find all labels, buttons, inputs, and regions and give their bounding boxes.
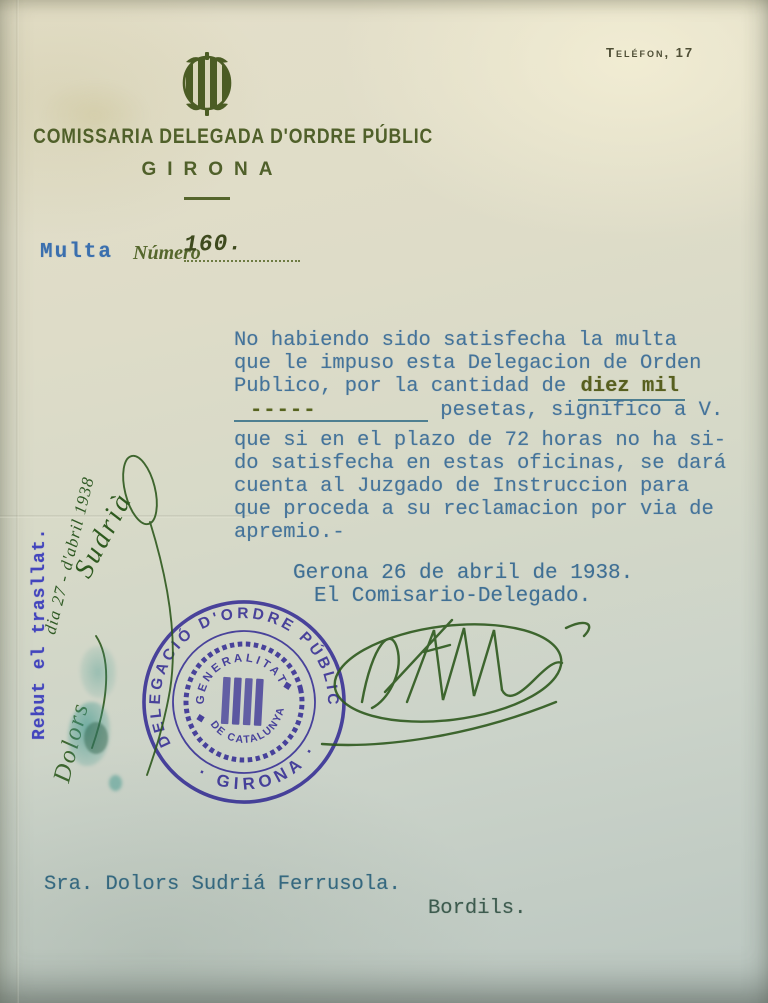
telephone-number: Teléfon, 17 bbox=[606, 45, 694, 60]
body-line-prefix: Publico, por la cantidad de bbox=[234, 375, 578, 398]
dashes-fill: ----- bbox=[250, 399, 317, 422]
body-line: que proceda a su reclamacion por via de bbox=[234, 498, 754, 521]
ink-blot bbox=[84, 722, 108, 754]
recipient-town: Bordils. bbox=[428, 897, 526, 920]
body-line: apremio.- bbox=[234, 521, 754, 544]
fine-amount-value: diez mil bbox=[578, 375, 684, 401]
date-line: Gerona 26 de abril de 1938. bbox=[293, 562, 633, 585]
official-stamp: DELEGACIÓ D'ORDRE PÚBLIC · GIRONA · GENE… bbox=[114, 572, 373, 831]
fine-label: Multa bbox=[40, 241, 113, 264]
body-line: que si en el plazo de 72 horas no ha si- bbox=[234, 429, 754, 452]
stamp-diamond-left bbox=[196, 714, 204, 722]
signer-title: El Comisario-Delegado. bbox=[314, 585, 591, 608]
organization-title: COMISSARIA DELEGADA D'ORDRE PÚBLIC bbox=[33, 125, 381, 149]
ink-blot bbox=[109, 775, 122, 791]
paper-crease-vertical bbox=[16, 0, 19, 1003]
body-line: Publico, por la cantidad de diez mil bbox=[234, 375, 754, 398]
body-line-rest: pesetas, significo a V. bbox=[428, 399, 723, 422]
fine-number-field: 160. bbox=[184, 231, 300, 262]
body-line: cuenta al Juzgado de Instruccion para bbox=[234, 475, 754, 498]
scanned-letter-page: Teléfon, 17 COMISSARIA DELEGADA D'ORDRE … bbox=[0, 0, 768, 1003]
delegate-signature bbox=[322, 612, 589, 744]
recipient-name: Sra. Dolors Sudriá Ferrusola. bbox=[44, 873, 401, 896]
fine-number-value: 160. bbox=[184, 230, 244, 258]
body-line: do satisfecha en estas oficinas, se dará bbox=[234, 452, 754, 475]
received-note-stamp: Rebut el trasllat. bbox=[30, 528, 50, 740]
body-line: que le impuso esta Delegacion de Orden bbox=[234, 352, 754, 375]
letter-body: No habiendo sido satisfecha la multa que… bbox=[234, 329, 754, 545]
body-line: ----- pesetas, significo a V. bbox=[234, 399, 754, 429]
senyera-emblem-icon bbox=[172, 50, 242, 118]
city-title: GIRONA bbox=[0, 159, 414, 181]
header-rule bbox=[184, 197, 230, 200]
svg-text:DELEGACIÓ D'ORDRE PÚBLIC: DELEGACIÓ D'ORDRE PÚBLIC bbox=[127, 586, 344, 751]
ink-blot bbox=[80, 646, 116, 698]
body-line: No habiendo sido satisfecha la multa bbox=[234, 329, 754, 352]
stamp-senyera-bars-icon bbox=[221, 677, 264, 726]
stamp-outer-top-text: DELEGACIÓ D'ORDRE PÚBLIC bbox=[127, 586, 344, 751]
blank-underline: ----- bbox=[234, 399, 428, 422]
